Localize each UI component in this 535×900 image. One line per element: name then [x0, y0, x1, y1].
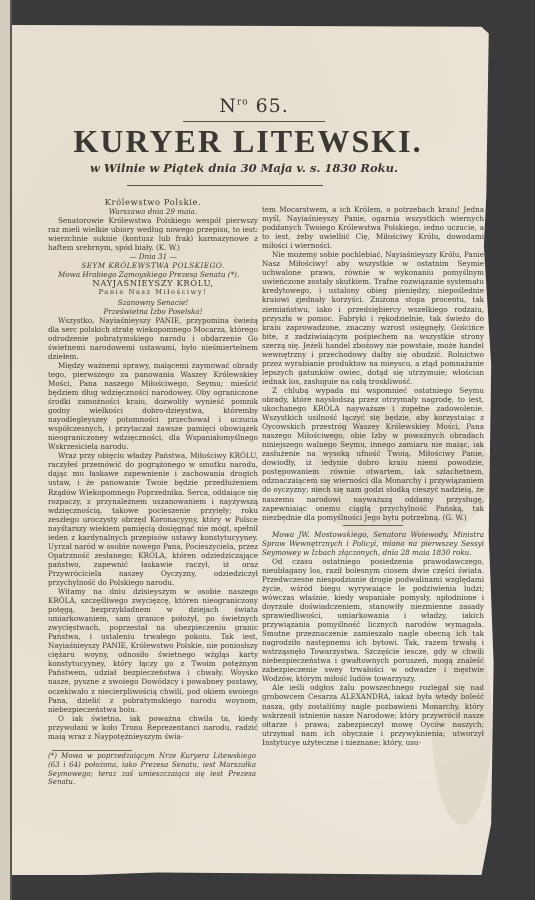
- newspaper-title: KURYER LITEWSKI.: [0, 124, 496, 158]
- dateline: w Wilnie w Piątek dnia 30 Maja v. s. 183…: [0, 161, 496, 175]
- paragraph: O iak świetna, iak poważna chwila ta, ki…: [48, 714, 258, 741]
- footnote-divider: [52, 750, 132, 751]
- paragraph: Wszystko, Nayiaśnieyszy PANIE, przypomin…: [48, 316, 258, 361]
- address-line: Szanowny Senacie!: [48, 298, 258, 307]
- day-heading: — Dnia 31 —: [48, 252, 258, 261]
- paragraph: Z chlubą wypada mi wspomnieć ostatniego …: [262, 386, 484, 522]
- issue-number-label: N: [219, 95, 237, 117]
- paragraph: Ale ieśli odgłos żalu powszechnego rozle…: [262, 683, 484, 746]
- address-line: NAYJAŚNIEYSZY KRÓLU,: [48, 279, 258, 288]
- newspaper-page: Nro 65. KURYER LITEWSKI. w Wilnie w Piąt…: [12, 25, 496, 875]
- paragraph: Między ważnemi sprawy, maiącemi zaymować…: [48, 361, 258, 451]
- paragraph: Wraz przy obięciu władzy Państwa, Miłośc…: [48, 451, 258, 587]
- footnote: (*) Mowa w poprzedzaiącym Nrze Kuryera L…: [48, 752, 256, 787]
- divider-rule: [183, 121, 325, 122]
- paragraph: Od czasu ostatniego posiedzenia prawodaw…: [262, 557, 484, 684]
- address-line: Prześwietna Izbo Poselska!: [48, 307, 258, 316]
- article-divider: [343, 525, 403, 526]
- right-column: tem Mocarstwem, a ich Królem, o potrzeba…: [262, 205, 484, 820]
- masthead: Nro 65. KURYER LITEWSKI. w Wilnie w Piąt…: [12, 95, 496, 186]
- sejm-heading: SEYM KRÓLEWSTWA POLSKIEGO.: [48, 261, 258, 270]
- paragraph: Witamy na dniu dzisieyszym w osobie nasz…: [48, 587, 258, 714]
- adjacent-page-edge: [0, 0, 12, 900]
- place-date: Warszawa dnia 29 maia.: [48, 207, 258, 216]
- paragraph: Senatorowie Królewstwa Polskiego wespół …: [48, 216, 258, 252]
- divider-rule: [127, 185, 323, 186]
- issue-number-value: 65.: [256, 95, 289, 117]
- paragraph: tem Mocarstwem, a ich Królem, o potrzeba…: [262, 205, 484, 250]
- issue-number-sup: ro: [237, 98, 249, 108]
- issue-number: Nro 65.: [12, 95, 496, 117]
- left-column: Królewstwo Polskie. Warszawa dnia 29 mai…: [48, 198, 258, 818]
- paragraph: Nie możemy sobie pochlebiać, Nayiaśnieys…: [262, 250, 484, 386]
- section-heading: Królewstwo Polskie.: [48, 198, 258, 207]
- address-line: Panie Nasz Miłościwy!: [48, 288, 258, 297]
- speech-intro: Mowa JW. Mostowskiego, Senatora Woiewody…: [262, 530, 484, 557]
